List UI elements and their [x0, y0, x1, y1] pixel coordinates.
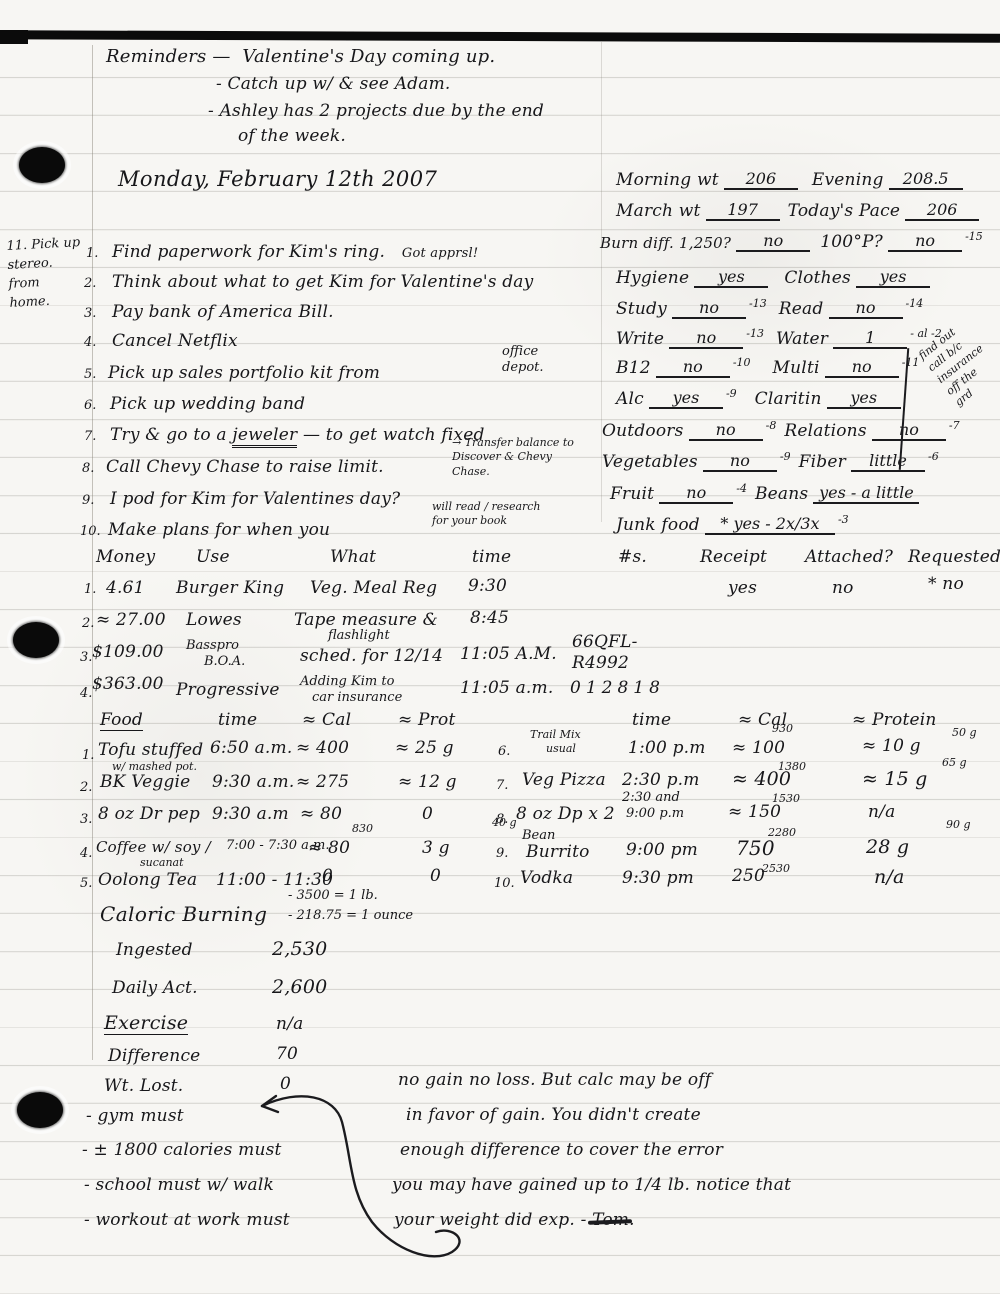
- scanned-journal-page: Reminders — Valentine's Day coming up. -…: [0, 0, 1000, 1294]
- pen-loop-annotation: [0, 0, 1000, 1294]
